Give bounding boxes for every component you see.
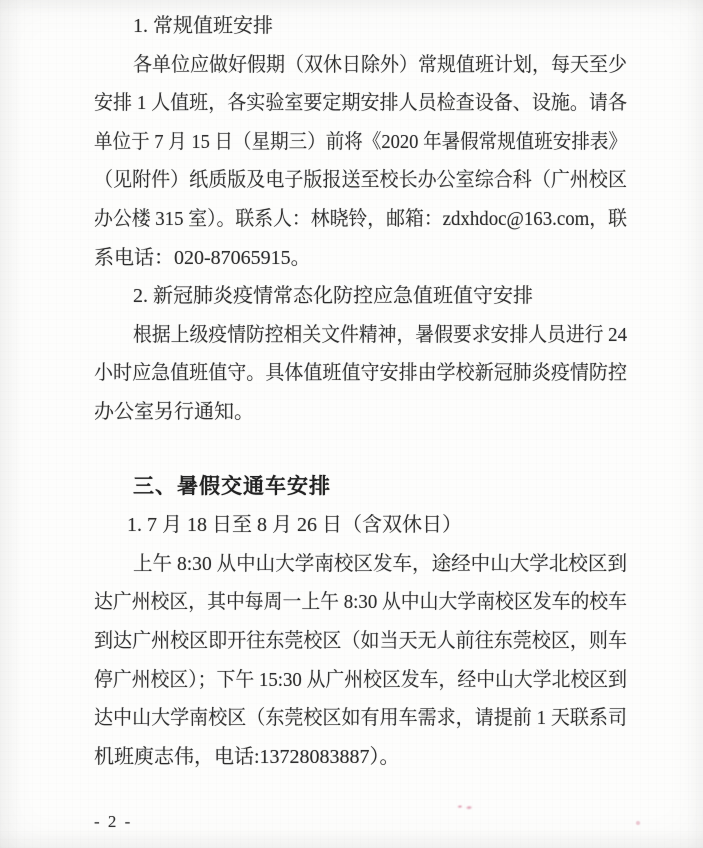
paragraph-line: 小时应急值班值守。具体值班值守安排由学校新冠肺炎疫情防控 (94, 354, 627, 393)
line-text: 机班庾志伟，电话:13728083887）。 (94, 738, 400, 777)
line-text: 三、暑假交通车安排 (133, 468, 331, 507)
scanned-document-page: 1. 常规值班安排 各单位应做好假期（双休日除外）常规值班计划，每天至少 安排 … (0, 0, 703, 848)
line-text: 达中山大学南校区（东莞校区如有用车需求，请提前 1 天联系司 (94, 699, 627, 738)
paragraph-line: 机班庾志伟，电话:13728083887）。 (94, 738, 627, 777)
paragraph-line: 停广州校区）；下午 15:30 从广州校区发车，经中山大学北校区到 (94, 661, 627, 700)
paragraph-line: 达广州校区，其中每周一上午 8:30 从中山大学南校区发车的校车 (94, 583, 627, 622)
line-text: 1. 7 月 18 日至 8 月 26 日（含双休日） (127, 506, 462, 545)
line-text: 1. 常规值班安排 (133, 7, 273, 46)
line-text: （见附件）纸质版及电子版报送至校长办公室综合科（广州校区 (94, 161, 627, 200)
line-text: 上午 8:30 从中山大学南校区发车，途经中山大学北校区到 (133, 545, 627, 584)
red-ink-speck (457, 802, 475, 812)
paragraph-line: 办公楼 315 室）。联系人：林晓铃，邮箱：zdxhdoc@163.com，联 (94, 200, 627, 239)
line-text: 停广州校区）；下午 15:30 从广州校区发车，经中山大学北校区到 (94, 661, 627, 700)
paragraph-line: 根据上级疫情防控相关文件精神，暑假要求安排人员进行 24 (94, 316, 627, 355)
line-text: 办公楼 315 室）。联系人：林晓铃，邮箱：zdxhdoc@163.com，联 (94, 200, 627, 239)
line-text: 单位于 7 月 15 日（星期三）前将《2020 年暑假常规值班安排表》 (94, 123, 627, 162)
line-text: 达广州校区，其中每周一上午 8:30 从中山大学南校区发车的校车 (94, 583, 627, 622)
paragraph-line: 办公室另行通知。 (94, 393, 627, 432)
schedule-period-line: 1. 7 月 18 日至 8 月 26 日（含双休日） (94, 506, 627, 545)
line-text: 根据上级疫情防控相关文件精神，暑假要求安排人员进行 24 (133, 316, 627, 355)
blank-line (94, 432, 627, 468)
line-text: 安排 1 人值班，各实验室要定期安排人员检查设备、设施。请各 (94, 84, 627, 123)
document-body: 1. 常规值班安排 各单位应做好假期（双休日除外）常规值班计划，每天至少 安排 … (94, 7, 627, 776)
paragraph-line: 单位于 7 月 15 日（星期三）前将《2020 年暑假常规值班安排表》 (94, 123, 627, 162)
line-text: 小时应急值班值守。具体值班值守安排由学校新冠肺炎疫情防控 (94, 354, 627, 393)
red-ink-dot (636, 821, 640, 825)
line-text: 2. 新冠肺炎疫情常态化防控应急值班值守安排 (133, 277, 533, 316)
line-text: 系电话：020-87065915。 (94, 239, 311, 278)
subsection-2-title: 2. 新冠肺炎疫情常态化防控应急值班值守安排 (94, 277, 627, 316)
line-text: 到达广州校区即开往东莞校区（如当天无人前往东莞校区，则车 (94, 622, 627, 661)
paragraph-line: 安排 1 人值班，各实验室要定期安排人员检查设备、设施。请各 (94, 84, 627, 123)
section-3-heading: 三、暑假交通车安排 (94, 468, 627, 507)
paragraph-line: 到达广州校区即开往东莞校区（如当天无人前往东莞校区，则车 (94, 622, 627, 661)
paragraph-line: 达中山大学南校区（东莞校区如有用车需求，请提前 1 天联系司 (94, 699, 627, 738)
paragraph-line: （见附件）纸质版及电子版报送至校长办公室综合科（广州校区 (94, 161, 627, 200)
paragraph-line: 各单位应做好假期（双休日除外）常规值班计划，每天至少 (94, 46, 627, 85)
paragraph-line: 上午 8:30 从中山大学南校区发车，途经中山大学北校区到 (94, 545, 627, 584)
page-number: - 2 - (94, 803, 132, 842)
line-text: 办公室另行通知。 (94, 393, 254, 432)
subsection-1-title: 1. 常规值班安排 (94, 7, 627, 46)
line-text: 各单位应做好假期（双休日除外）常规值班计划，每天至少 (133, 46, 627, 85)
paragraph-line: 系电话：020-87065915。 (94, 239, 627, 278)
